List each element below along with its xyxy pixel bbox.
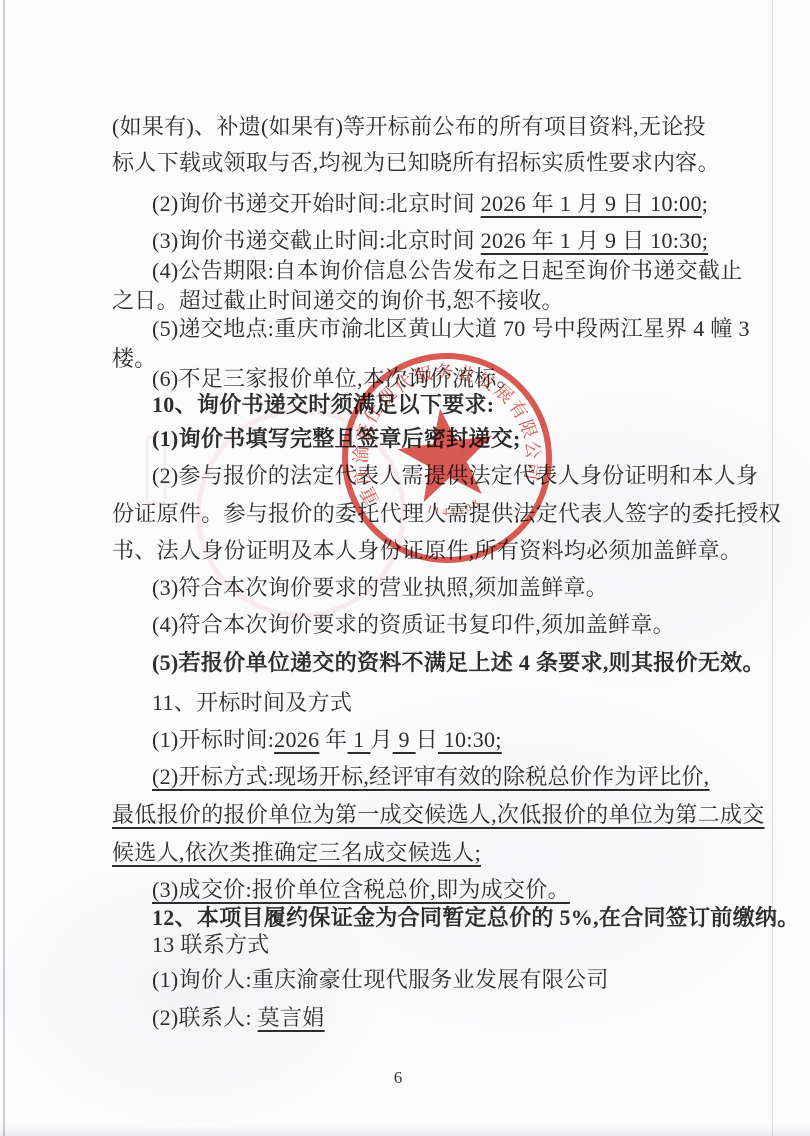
doc-line: 最低报价的报价单位为第一成交候选人,次低报价的单位为第二成交 bbox=[112, 800, 708, 830]
doc-line: (2)询价书递交开始时间:北京时间 2026 年 1 月 9 日 10:00; bbox=[112, 189, 748, 219]
scan-left-edge bbox=[3, 0, 5, 1136]
doc-line: (5)若报价单位递交的资料不满足上述 4 条要求,则其报价无效。 bbox=[112, 648, 748, 678]
doc-line: (3)成交价:报价单位含税总价,即为成交价。 bbox=[112, 875, 748, 905]
seal-serial-number: 1141108 bbox=[424, 496, 485, 522]
paragraph-text: (5)递交地点:重庆市渝北区黄山大道 70 号中段两江星界 4 幢 3 bbox=[152, 316, 750, 341]
doc-line: (3)符合本次询价要求的营业执照,须加盖鲜章。 bbox=[112, 573, 748, 603]
label-text: (2)联系人: bbox=[152, 1005, 258, 1030]
doc-line: (1)开标时间:2026 年 1 月 9 日 10:30; bbox=[112, 725, 748, 755]
contact-name-value: 莫言娟 bbox=[258, 1005, 325, 1030]
doc-line: (4)符合本次询价要求的资质证书复印件,须加盖鲜章。 bbox=[112, 610, 748, 640]
doc-section-heading: 11、开标时间及方式 bbox=[112, 688, 748, 718]
punctuation: ; bbox=[702, 191, 708, 216]
label-text: (2)询价书递交开始时间:北京时间 bbox=[152, 191, 481, 216]
paragraph-text: 12、本项目履约保证金为合同暂定总价的 5%,在合同签订前缴纳。 bbox=[152, 905, 800, 930]
paragraph-text: (4)公告期限:自本询价信息公告发布之日起至询价书递交截止 bbox=[152, 258, 742, 283]
doc-line: 之日。超过截止时间递交的询价书,恕不接收。 bbox=[112, 286, 708, 316]
underlined-paragraph-text: (3)成交价:报价单位含税总价,即为成交价。 bbox=[152, 877, 570, 902]
filled-date-value: 2026 年 1 月 9 日 10:30; bbox=[481, 228, 709, 253]
underlined-paragraph-text: 最低报价的报价单位为第一成交候选人,次低报价的单位为第二成交 bbox=[112, 802, 765, 827]
scan-right-edge bbox=[772, 0, 773, 1136]
paragraph-text: (1)询价人:重庆渝豪仕现代服务业发展有限公司 bbox=[152, 967, 609, 992]
label-text: 日 bbox=[416, 727, 438, 752]
doc-line: (3)询价书递交截止时间:北京时间 2026 年 1 月 9 日 10:30; bbox=[112, 226, 748, 256]
label-text: 月 bbox=[370, 727, 392, 752]
doc-line: 标人下载或领取与否,均视为已知晓所有招标实质性要求内容。 bbox=[112, 148, 708, 178]
paragraph-text: (4)符合本次询价要求的资质证书复印件,须加盖鲜章。 bbox=[152, 612, 675, 637]
filled-date-value: 2026 年 1 月 9 日 10:00 bbox=[481, 191, 702, 216]
label-text: (3)询价书递交截止时间:北京时间 bbox=[152, 228, 481, 253]
doc-line: 12、本项目履约保证金为合同暂定总价的 5%,在合同签订前缴纳。 bbox=[112, 903, 748, 933]
heading-text: 13 联系方式 bbox=[152, 932, 270, 957]
label-text: (1)开标时间: bbox=[152, 727, 274, 752]
paragraph-text: 标人下载或领取与否,均视为已知晓所有招标实质性要求内容。 bbox=[112, 150, 720, 175]
doc-line: 候选人,依次类推确定三名成交候选人; bbox=[112, 838, 708, 868]
page-number: 6 bbox=[0, 1068, 796, 1088]
paragraph-text: (5)若报价单位递交的资料不满足上述 4 条要求,则其报价无效。 bbox=[152, 650, 765, 675]
underlined-paragraph-text: 候选人,依次类推确定三名成交候选人; bbox=[112, 840, 481, 865]
doc-line: (1)询价人:重庆渝豪仕现代服务业发展有限公司 bbox=[112, 965, 748, 995]
paragraph-text: 之日。超过截止时间递交的询价书,恕不接收。 bbox=[112, 288, 564, 313]
company-seal: 重庆渝豪仕现代服务业发展有限公司 1141108 bbox=[322, 333, 573, 584]
paragraph-text: (如果有)、补遗(如果有)等开标前公布的所有项目资料,无论投 bbox=[112, 114, 706, 139]
filled-month-value: 1 bbox=[347, 727, 370, 752]
scanned-document-page: (如果有)、补遗(如果有)等开标前公布的所有项目资料,无论投 标人下载或领取与否… bbox=[0, 0, 810, 1136]
doc-line: (2)开标方式:现场开标,经评审有效的除税总价作为评比价, bbox=[112, 762, 748, 792]
doc-line: (2)联系人: 莫言娟 bbox=[112, 1003, 748, 1033]
filled-day-value: 9 bbox=[393, 727, 416, 752]
scan-bottom-shadow bbox=[0, 1126, 810, 1136]
svg-text:1141108: 1141108 bbox=[424, 496, 485, 522]
filled-time-value: 10:30; bbox=[438, 727, 502, 752]
filled-year-value: 2026 bbox=[274, 727, 319, 752]
underlined-paragraph-text: (2)开标方式:现场开标,经评审有效的除税总价作为评比价, bbox=[152, 764, 709, 789]
heading-text: 11、开标时间及方式 bbox=[152, 690, 352, 715]
doc-line: (5)递交地点:重庆市渝北区黄山大道 70 号中段两江星界 4 幢 3 bbox=[112, 314, 748, 344]
doc-line: (如果有)、补遗(如果有)等开标前公布的所有项目资料,无论投 bbox=[112, 112, 708, 142]
doc-section-heading: 13 联系方式 bbox=[112, 930, 748, 960]
seal-star-icon bbox=[393, 402, 500, 505]
doc-line: (4)公告期限:自本询价信息公告发布之日起至询价书递交截止 bbox=[112, 256, 748, 286]
label-text: 年 bbox=[319, 727, 347, 752]
